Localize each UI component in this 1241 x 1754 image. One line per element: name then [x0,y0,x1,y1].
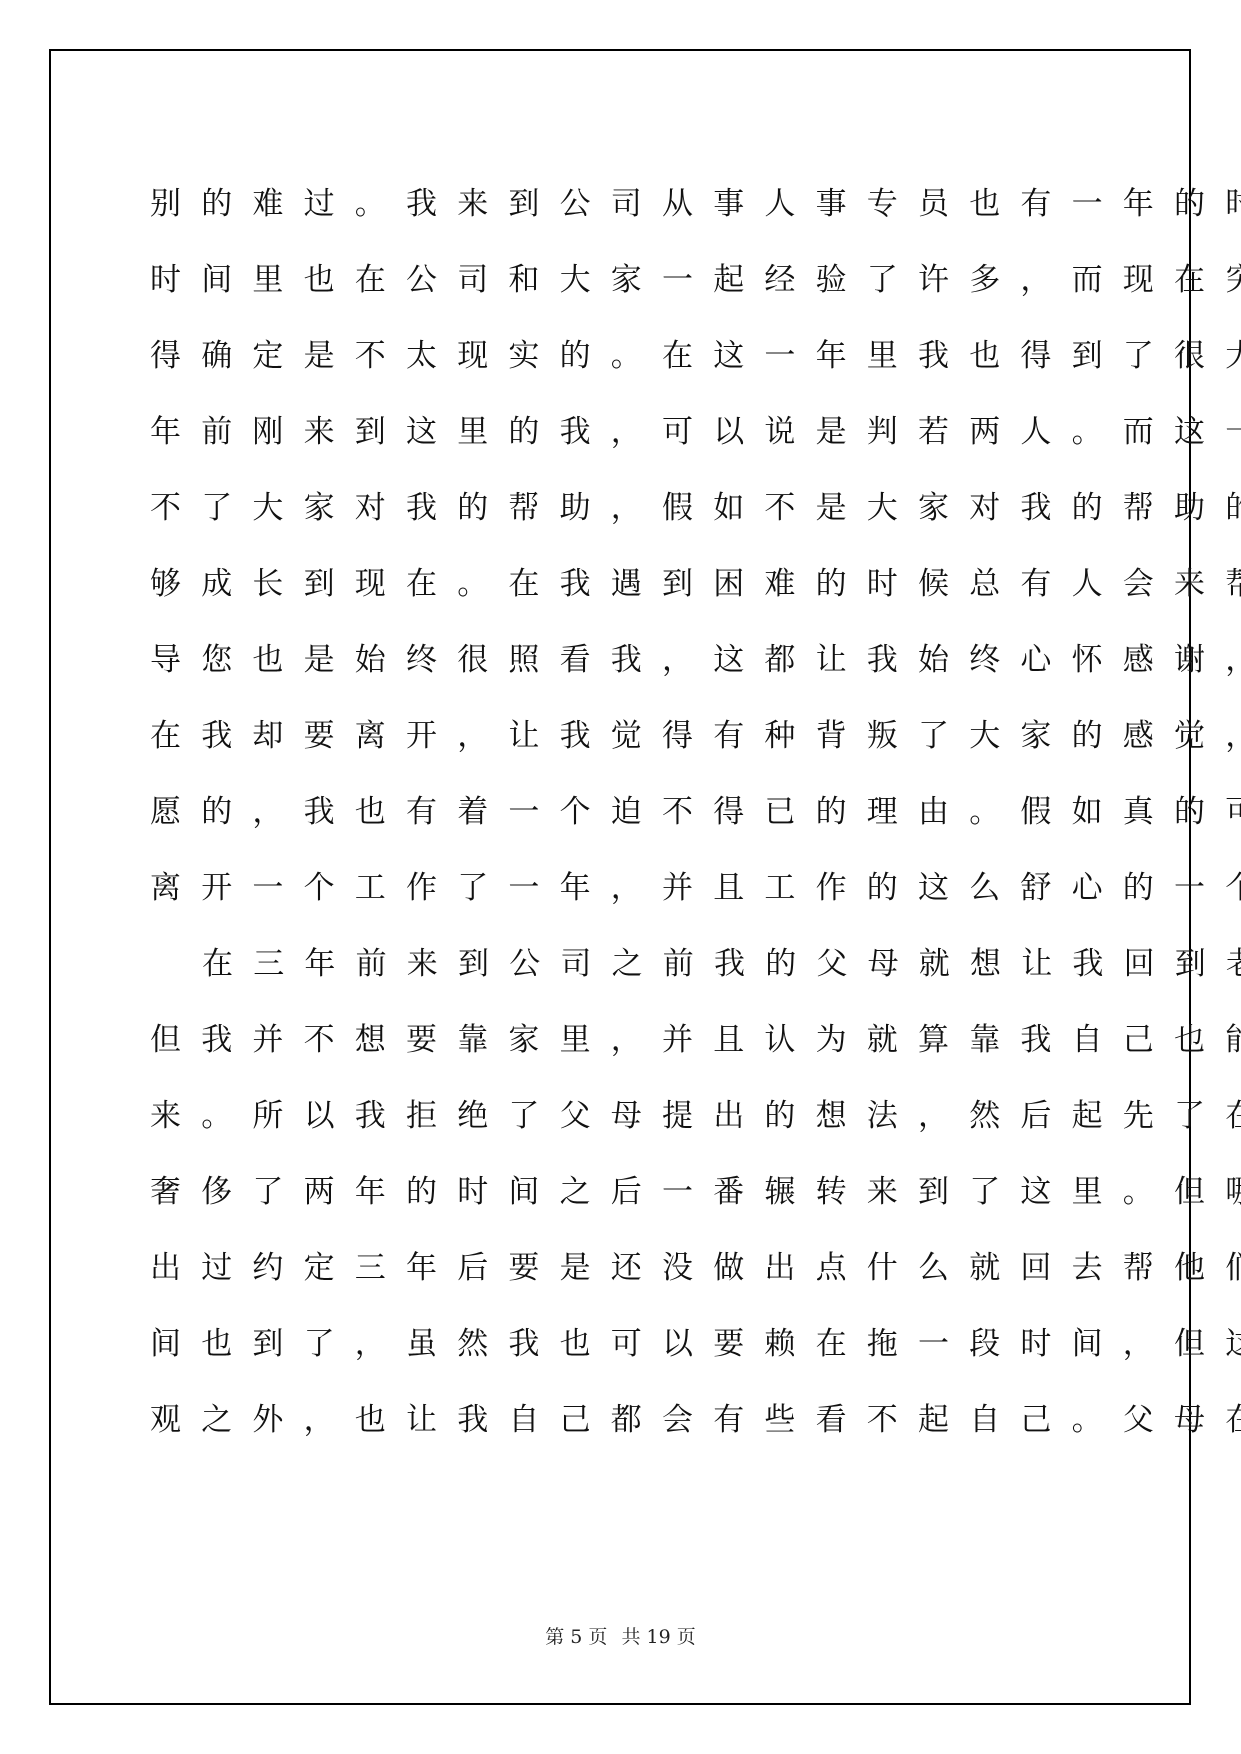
text-line: 观之外，也让我自己都会有些看不起自己。父母在前段时间又打来电 [150,1382,1090,1458]
text-line: 时间里也在公司和大家一起经验了许多，而现在突然就要离开了说舍 [150,242,1090,318]
text-line: 别的难过。我来到公司从事人事专员也有一年的时间了，在这一年的 [150,166,1090,242]
text-line: 出过约定三年后要是还没做出点什么就回去帮他们做事。而三年的时 [150,1230,1090,1306]
page-footer: 第 5 页 共 19 页 [0,1622,1241,1649]
text-line: 年前刚来到这里的我，可以说是判若两人。而这一路上的成长也缺少 [150,394,1090,470]
document-body: 别的难过。我来到公司从事人事专员也有一年的时间了，在这一年的 时间里也在公司和大… [150,166,1090,1458]
text-line: 离开一个工作了一年，并且工作的这么舒心的一个地方呢。 [150,850,1090,926]
text-line: 愿的，我也有着一个迫不得已的理由。假如真的可以的话，谁又情愿 [150,774,1090,850]
text-line: 但我并不想要靠家里，并且认为就算靠我自己也能够做出一番事业出 [150,1002,1090,1078]
text-line: 不了大家对我的帮助，假如不是大家对我的帮助的话，我想我也不能 [150,470,1090,546]
text-line: 导您也是始终很照看我，这都让我始终心怀感谢，非常的感谢。而现 [150,622,1090,698]
total-pages-label: 共 19 页 [621,1626,695,1648]
text-line: 在我却要离开，让我觉得有种背叛了大家的感觉，但这也并不是我情 [150,698,1090,774]
text-line: 来。所以我拒绝了父母提出的想法，然后起先了在这座城市拼搏，在 [150,1078,1090,1154]
text-line: 奢侈了两年的时间之后一番辗转来到了这里。但哪时的我也和父母做 [150,1154,1090,1230]
text-line: 间也到了，虽然我也可以要赖在拖一段时间，但这样除了让我父母悲 [150,1306,1090,1382]
text-line: 得确定是不太现实的。在这一年里我也得到了很大的成长，相较于一 [150,318,1090,394]
text-line: 够成长到现在。在我遇到困难的时候总有人会来帮助我解决问题，领 [150,546,1090,622]
current-page-label: 第 5 页 [545,1626,607,1648]
paragraph-start-line: 在三年前来到公司之前我的父母就想让我回到老家去帮他们的忙， [150,926,1090,1002]
